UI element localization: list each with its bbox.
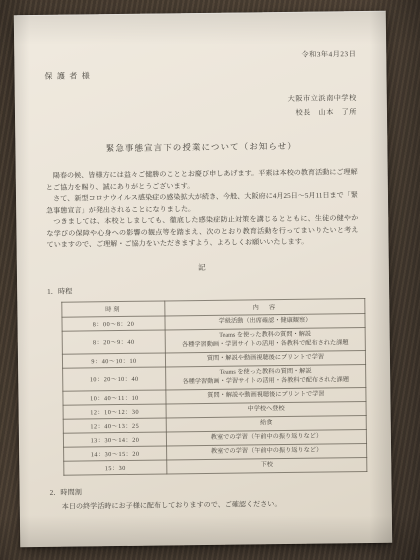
time-cell: 9：40～10：10 [62,353,165,368]
content-line: 質問・解説や動画視聴後にプリントで学習 [169,353,362,364]
content-line: 質問・解説や動画視聴後にプリントで学習 [169,390,362,401]
section2-heading: 2．時間割 [50,484,362,498]
document-date: 令和3年4月23日 [44,49,356,63]
content-cell: Teams を使った教科の質問・解説各種学習動画・学習サイトの活用・各教科で配布… [165,327,365,352]
time-cell: 13：30～14：20 [63,432,166,447]
time-cell: 8：00～8：20 [62,316,165,331]
section1-heading: 1．時程 [47,283,359,297]
content-line: 中学校へ登校 [170,404,363,415]
time-cell: 10：40～11：10 [63,390,166,405]
document-title: 緊急事態宣言下の授業について（お知らせ） [45,139,357,155]
col-header-time: 時刻 [62,301,165,317]
content-line: 学級活動（出席確認・健康観察） [168,316,361,327]
content-line: 下校 [170,460,363,471]
section2-body: 本日の終学活時にお子様に配布しておりますので、ご確認ください。 [62,498,362,512]
content-line: 教室での学習（午前中の振り返りなど） [170,446,363,457]
schedule-table-body: 8：00～8：20学級活動（出席確認・健康観察）8：20～9：40Teams を… [62,313,367,475]
content-cell: Teams を使った教科の質問・解説各種学習動画・学習サイトの活用・各教科で配布… [166,364,366,389]
document-page: 令和3年4月23日 保護者様 大阪市立浜南中学校 校長 山本 了所 緊急事態宣言… [14,11,392,548]
time-cell: 12：40～13：25 [63,418,166,433]
paragraph: つきましては、本校としましても、徹底した感染症防止対策を講じるとともに、生徒の健… [46,213,358,251]
content-line: 各種学習動画・学習サイトの活用・各教科で配布された課題 [169,339,362,350]
content-line: 各種学習動画・学習サイトの活用・各教科で配布された課題 [169,376,362,387]
sender-principal: 校長 山本 了所 [45,106,357,123]
time-cell: 12：10～12：30 [63,404,166,419]
table-row: 15：30下校 [64,457,367,475]
record-marker: 記 [47,260,359,275]
time-cell: 15：30 [64,460,167,475]
content-line: 給食 [170,418,363,429]
content-cell: 下校 [167,457,367,473]
time-cell: 8：20～9：40 [62,330,165,354]
schedule-table: 時刻 内 容 8：00～8：20学級活動（出席確認・健康観察）8：20～9：40… [61,298,367,476]
recipient-line: 保護者様 [44,67,356,82]
content-line: 教室での学習（午前中の振り返りなど） [170,432,363,443]
photo-of-document: { "document": { "date": "令和3年4月23日", "re… [0,0,420,560]
time-cell: 14：30～15：20 [64,446,167,461]
body-paragraphs: 陽春の候、皆様方には益々ご健勝のこととお慶び申しあげます。平素は本校の教育活動に… [46,167,359,251]
sender-block: 大阪市立浜南中学校 校長 山本 了所 [45,92,357,123]
time-cell: 10：20～10：40 [63,367,166,391]
